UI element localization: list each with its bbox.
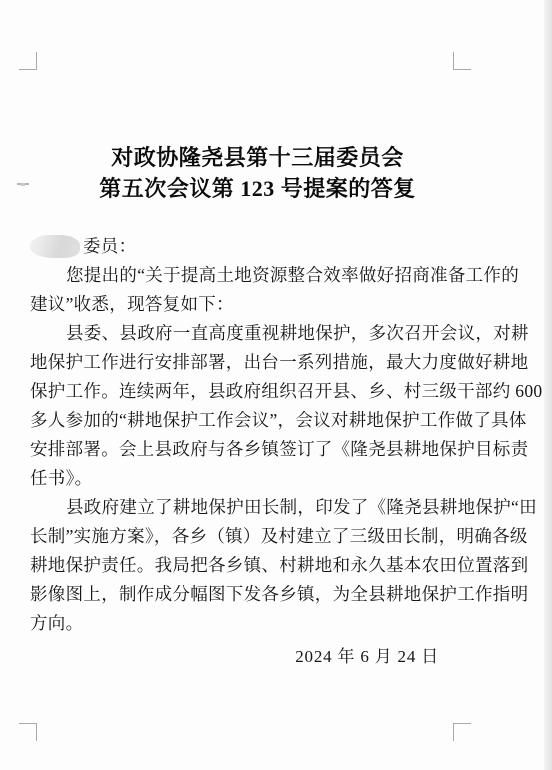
corner-mark-top-left [19, 52, 37, 70]
body-line: 耕地保护责任。我局把各乡镇、村耕地和永久基本农田位置落到 [30, 551, 515, 580]
body-line: 任书》。 [30, 464, 515, 493]
document-title-line-1: 对政协隆尧县第十三届委员会 [15, 142, 500, 173]
scan-edge-shading [544, 0, 552, 770]
body-line: 保护工作。连续两年，县政府组织召开县、乡、村三级干部约 600 [30, 377, 515, 406]
salutation-text: 委员： [83, 236, 136, 256]
body-line: 县委、县政府一直高度重视耕地保护，多次召开会议，对耕 [30, 319, 515, 348]
body-line: 县政府建立了耕地保护田长制，印发了《隆尧县耕地保护“田 [30, 493, 515, 522]
scanned-document-page: 对政协隆尧县第十三届委员会 第五次会议第 123 号提案的答复 委员： 您提出的… [0, 0, 552, 770]
body-line: 多人参加的“耕地保护工作会议”，会议对耕地保护工作做了具体 [30, 406, 515, 435]
body-line: 长制”实施方案》，各乡（镇）及村建立了三级田长制，明确各级 [30, 522, 515, 551]
document-title: 对政协隆尧县第十三届委员会 第五次会议第 123 号提案的答复 [15, 142, 500, 204]
body-line: 方向。 [30, 609, 515, 638]
document-body: 委员： 您提出的“关于提高土地资源整合效率做好招商准备工作的 建议”收悉，现答复… [30, 232, 515, 638]
document-title-line-2: 第五次会议第 123 号提案的答复 [15, 173, 500, 204]
body-line: 安排部署。会上县政府与各乡镇签订了《隆尧县耕地保护目标责 [30, 435, 515, 464]
body-line: 您提出的“关于提高土地资源整合效率做好招商准备工作的 [30, 261, 515, 290]
body-line: 地保护工作进行安排部署，出台一系列措施，最大力度做好耕地 [30, 348, 515, 377]
body-line: 影像图上，制作成分幅图下发各乡镇，为全县耕地保护工作指明 [30, 580, 515, 609]
redacted-name-blob [30, 235, 80, 258]
corner-mark-bottom-left [19, 723, 37, 741]
salutation-line: 委员： [30, 232, 515, 261]
document-date: 2024 年 6 月 24 日 [30, 642, 515, 671]
corner-mark-bottom-right [453, 723, 471, 741]
corner-mark-top-right [453, 52, 471, 70]
body-line: 建议”收悉，现答复如下： [30, 290, 515, 319]
